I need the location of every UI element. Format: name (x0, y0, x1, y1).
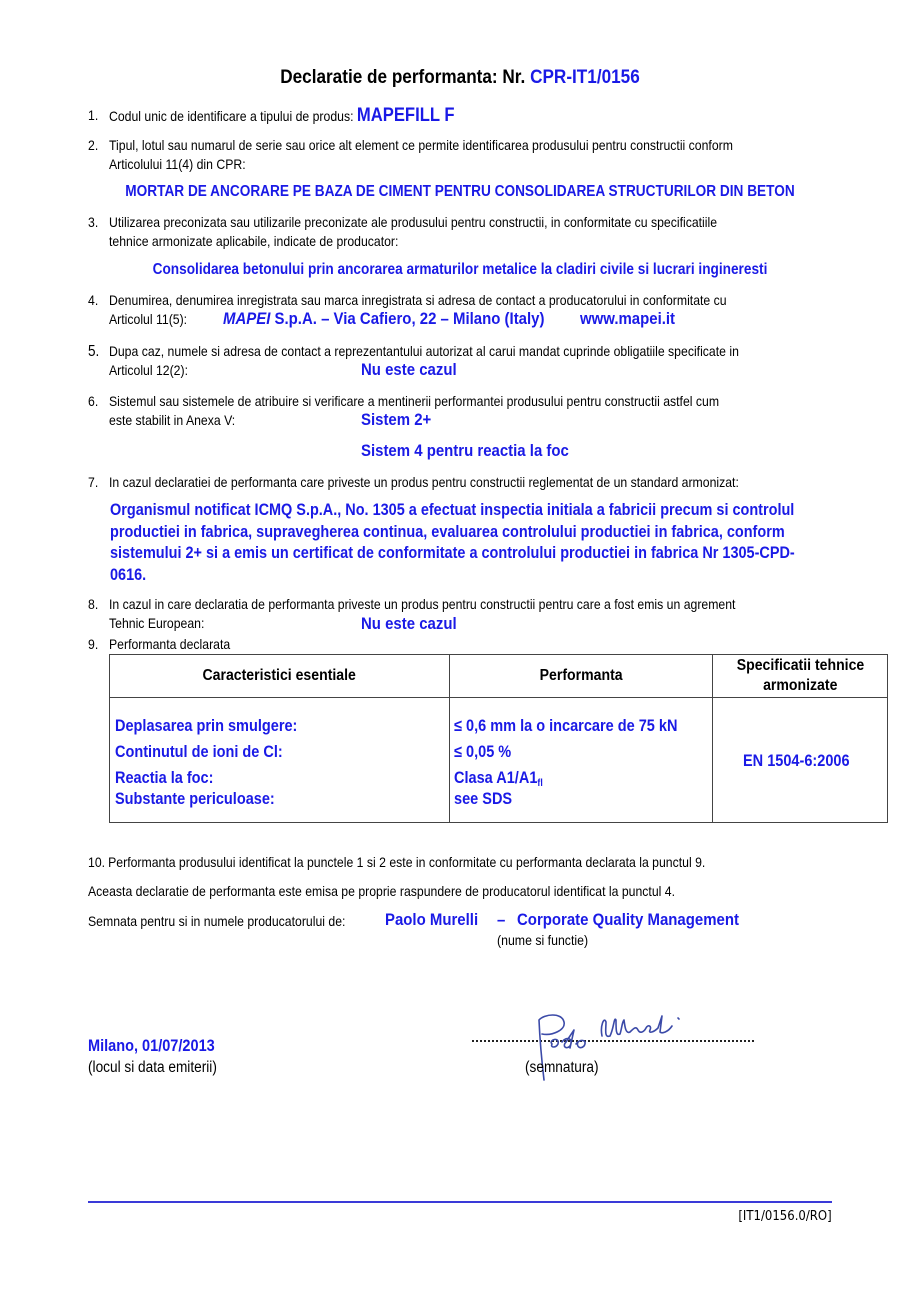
signer-dash: – (497, 910, 505, 930)
item-2-line1: Tipul, lotul sau numarul de serie sau or… (109, 136, 733, 155)
signature-caption: (semnatura) (525, 1059, 599, 1077)
item-number: 6. (88, 392, 98, 411)
header-harmonized-spec: Specificatii tehnice armonizate (713, 656, 888, 696)
item-number: 10. (88, 853, 105, 872)
item-number: 9. (88, 635, 98, 654)
responsibility-text: Aceasta declaratie de performanta este e… (88, 882, 675, 901)
characteristic-cell: Reactia la foc: (115, 769, 213, 788)
item-5-line1: Dupa caz, numele si adresa de contact a … (109, 342, 739, 361)
item-number: 2. (88, 136, 98, 155)
item-4-line1: Denumirea, denumirea inregistrata sau ma… (109, 291, 727, 310)
notified-body-line: 0616. (110, 565, 828, 587)
notified-body-statement: Organismul notificat ICMQ S.p.A., No. 13… (110, 500, 828, 586)
item-number: 3. (88, 213, 98, 232)
characteristic-cell: Substante periculoase: (115, 790, 275, 809)
declaration-number: CPR-IT1/0156 (530, 66, 640, 88)
item-number: 4. (88, 291, 98, 310)
notified-body-line: sistemului 2+ si a emis un certificat de… (110, 543, 828, 565)
performance-cell: ≤ 0,6 mm la o incarcare de 75 kN (454, 717, 677, 736)
performance-cell: Clasa A1/A1fl (454, 769, 543, 789)
manufacturer-address: MAPEI S.p.A. – Via Cafiero, 22 – Milano … (223, 309, 544, 329)
intended-use-value: Consolidarea betonului prin ancorarea ar… (55, 261, 865, 279)
header-performance: Performanta (450, 666, 712, 686)
item-9-line1: Performanta declarata (109, 635, 230, 654)
page-title: Declaratie de performanta: Nr. CPR-IT1/0… (55, 66, 865, 89)
footer-divider (88, 1201, 832, 1203)
system-value-2: Sistem 4 pentru reactia la foc (361, 441, 569, 461)
item-number: 8. (88, 595, 98, 614)
item-7-line1: In cazul declaratiei de performanta care… (109, 473, 739, 492)
header-spec-line2: armonizate (763, 676, 837, 696)
item-5-line2: Articolul 12(2): (109, 361, 188, 380)
item-4-line2: Articolul 11(5): (109, 310, 187, 329)
item-number: 1. (88, 106, 98, 125)
notified-body-line: productiei in fabrica, supravegherea con… (110, 522, 828, 544)
item-2-line2: Articolului 11(4) din CPR: (109, 155, 246, 174)
declaration-of-performance-page: Declaratie de performanta: Nr. CPR-IT1/0… (0, 0, 920, 1301)
signer-role: Corporate Quality Management (517, 910, 739, 930)
item-10-line1: Performanta produsului identificat la pu… (108, 853, 705, 872)
title-prefix: Declaratie de performanta: Nr. (280, 66, 530, 88)
place-and-date: Milano, 01/07/2013 (88, 1037, 215, 1056)
place-date-caption: (locul si data emiterii) (88, 1059, 217, 1077)
manufacturer-brand: MAPEI (223, 309, 270, 328)
header-performance-text: Performanta (540, 666, 623, 686)
item-1-label-text: Codul unic de identificare a tipului de … (109, 108, 357, 124)
item-3-line2: tehnice armonizate aplicabile, indicate … (109, 232, 398, 251)
product-code: MAPEFILL F (357, 105, 455, 126)
product-type-value: MORTAR DE ANCORARE PE BAZA DE CIMENT PEN… (55, 183, 865, 201)
characteristic-cell: Continutul de ioni de Cl: (115, 743, 283, 762)
performance-cell-text: Clasa A1/A1 (454, 769, 537, 787)
signer-name: Paolo Murelli (385, 910, 478, 930)
notified-body-line: Organismul notificat ICMQ S.p.A., No. 13… (110, 500, 828, 522)
item-1-label: Codul unic de identificare a tipului de … (109, 106, 454, 126)
item-number: 5. (88, 342, 99, 361)
item-8-line2: Tehnic European: (109, 614, 204, 633)
declared-performance-table: Caracteristici esentiale Performanta Spe… (109, 654, 888, 823)
performance-cell: ≤ 0,05 % (454, 743, 511, 762)
header-spec-line1: Specificatii tehnice (737, 656, 865, 676)
performance-cell: see SDS (454, 790, 512, 809)
document-code: [IT1/0156.0/RO] (739, 1209, 832, 1224)
european-technical-approval-value: Nu este cazul (361, 614, 457, 634)
item-6-line2: este stabilit in Anexa V: (109, 411, 235, 430)
manufacturer-website[interactable]: www.mapei.it (580, 309, 675, 329)
signed-by-label: Semnata pentru si in numele producatorul… (88, 912, 345, 931)
item-number: 7. (88, 473, 98, 492)
item-6-line1: Sistemul sau sistemele de atribuire si v… (109, 392, 848, 411)
harmonized-standard-cell: EN 1504-6:2006 (743, 752, 850, 771)
item-3-line1: Utilizarea preconizata sau utilizarile p… (109, 213, 717, 232)
system-value-1: Sistem 2+ (361, 410, 431, 430)
header-characteristics-text: Caracteristici esentiale (203, 666, 356, 686)
characteristic-cell: Deplasarea prin smulgere: (115, 717, 297, 736)
manufacturer-address-text: S.p.A. – Via Cafiero, 22 – Milano (Italy… (270, 309, 544, 328)
item-8-line1: In cazul in care declaratia de performan… (109, 595, 735, 614)
header-divider (110, 697, 887, 698)
performance-subscript: fl (537, 778, 542, 789)
header-characteristics: Caracteristici esentiale (110, 666, 449, 686)
name-role-caption: (nume si functie) (497, 932, 588, 948)
authorized-representative-value: Nu este cazul (361, 360, 457, 380)
